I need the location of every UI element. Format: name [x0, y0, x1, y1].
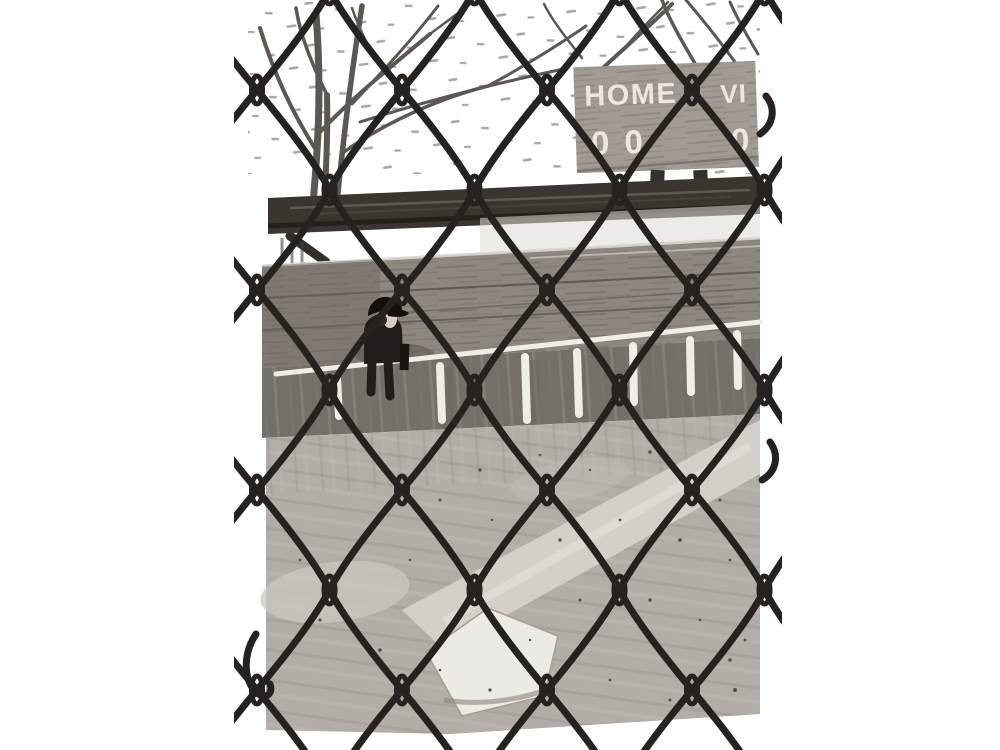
- fence-mesh: [234, 0, 782, 750]
- baseball-field-illustration: HOME VI 0 0 0: [230, 0, 786, 750]
- chain-link-fence: [234, 0, 782, 750]
- artwork-page: HOME VI 0 0 0: [0, 0, 1000, 750]
